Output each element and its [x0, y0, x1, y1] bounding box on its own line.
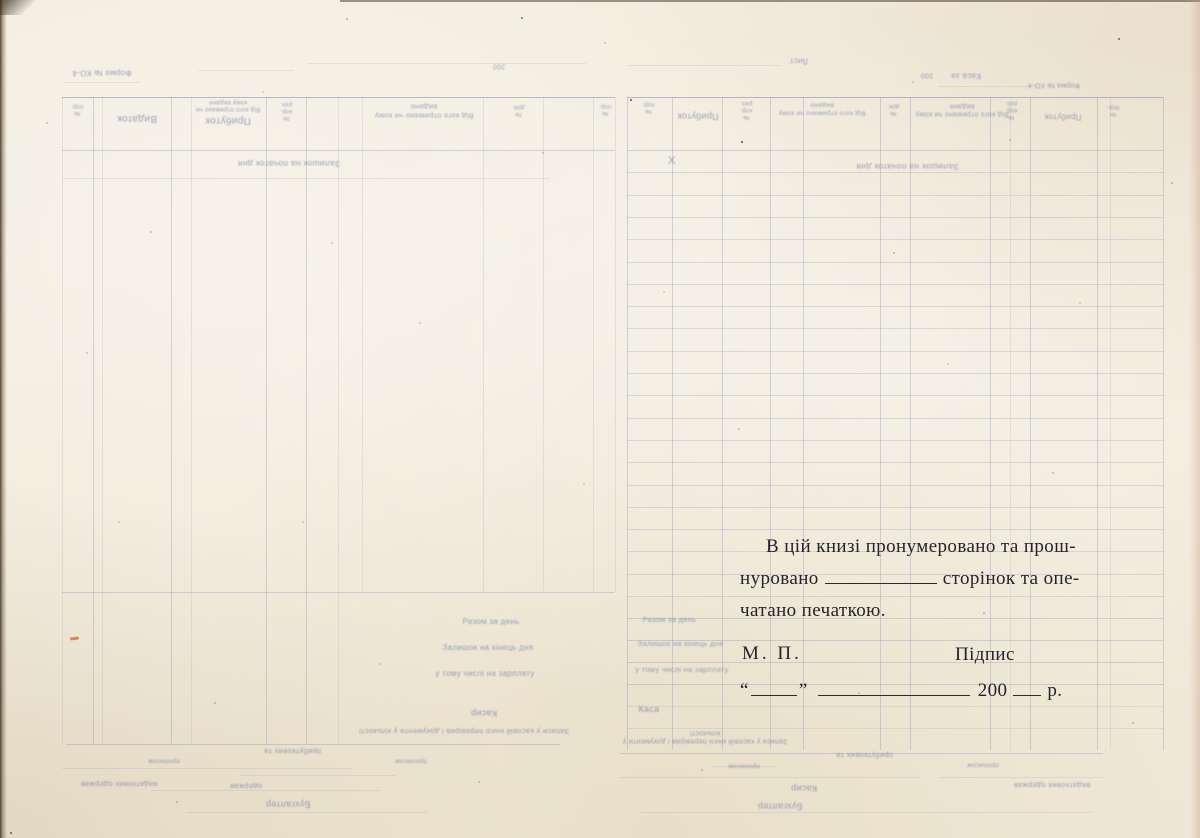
ghost-prybutkovykh-ta: прибуткових та: [250, 746, 335, 755]
month-blank: [818, 680, 970, 696]
ghost-razom-za-den: Разом за день: [632, 616, 707, 625]
ghost-no-kor-rakh: № кор. рах.: [994, 99, 1028, 120]
ghost-vid-koho: Від кого отримано чи кому видано: [368, 102, 480, 120]
grid-line: [627, 507, 1163, 508]
grid-line: [593, 97, 594, 592]
grid-line: [191, 97, 192, 744]
grid-line: [627, 97, 628, 750]
ghost-rik: 200: [486, 61, 512, 69]
ghost-zalyshok-kinets: Залишок на кінець дня: [438, 643, 538, 652]
ghost-propysom: прописом: [713, 762, 775, 770]
scan-top-edge-shadow: [340, 0, 1200, 2]
ghost-kasyr: Касир: [460, 708, 508, 719]
grid-line: [627, 306, 1163, 307]
grid-line: [640, 812, 1092, 813]
ghost-zalyshok-kinets: Залишок на кінець дня: [628, 640, 733, 649]
ghost-prybutkovykh-ta: прибуткових та: [822, 750, 907, 759]
ghost-forma: Форма № КО-4: [66, 68, 138, 77]
grid-line: [627, 462, 1163, 463]
scan-right-edge-shadow: [1189, 0, 1200, 838]
ghost-vid-koho: Від кого отримано чи кому видано: [188, 98, 268, 112]
ghost-zapysy: Записи у касовій книзі перевірив і докум…: [620, 728, 790, 745]
grid-line: [1110, 97, 1111, 750]
grid-line: [803, 97, 804, 750]
grid-line: [627, 706, 1163, 707]
pen-mark: [70, 636, 79, 640]
grid-line: [627, 172, 1163, 173]
grid-line: [627, 239, 1163, 240]
ghost-prybutok: Прибуток: [1032, 112, 1094, 121]
grid-line: [627, 662, 1163, 663]
grid-line: [627, 684, 1163, 685]
ghost-vydatok: Видаток: [104, 112, 170, 124]
grid-line: [627, 373, 1163, 374]
certification-text-block: В цій книзі пронумеровано та прош- нуров…: [0, 0, 1200, 838]
grid-line: [940, 777, 1103, 778]
grid-line: [627, 574, 1163, 575]
grid-line: [627, 217, 1163, 218]
ghost-no-por: № пор.: [594, 102, 616, 116]
grid-line: [66, 744, 560, 745]
ghost-rik: 200: [914, 70, 940, 78]
grid-line: [627, 195, 1163, 196]
grid-line: [1030, 97, 1031, 750]
ghost-vydatkovykh-oderzhav: видаткових одержав: [1002, 780, 1102, 789]
ghost-vid-koho: Від кого отримано чи кому видано: [768, 101, 876, 116]
ghost-u-tomu-chysli: у тому числі на зарплату: [430, 669, 540, 678]
grid-line: [338, 97, 339, 744]
grid-line: [62, 768, 352, 769]
grid-line: [1097, 97, 1098, 750]
ghost-no-kor-rakh: № кор. рах.: [272, 100, 300, 121]
grid-line: [990, 97, 991, 750]
grid-line: [306, 97, 307, 744]
grid-line: [483, 97, 484, 592]
grid-line: [627, 328, 1163, 329]
grid-line: [627, 529, 1163, 530]
ghost-x-mark: X: [664, 155, 680, 168]
grid-line: [627, 485, 1163, 486]
grid-line: [1010, 97, 1011, 750]
ghost-forma: Форма № КО-4: [1018, 80, 1090, 88]
ghost-bukhgalter: Бухгалтер: [252, 799, 324, 810]
ghost-no-kor-rakh: № кор. рах.: [726, 99, 766, 120]
ghost-zalyshok-pochatok: Залишок на початок дня: [223, 159, 355, 169]
grid-line: [627, 418, 1163, 419]
grid-line: [187, 812, 427, 813]
ghost-kasa-za: Каса за: [940, 71, 992, 80]
grid-line: [171, 97, 172, 744]
year-blank: [1013, 680, 1041, 696]
certification-line2-rest: сторінок та опе-: [943, 568, 1080, 589]
grid-line: [266, 97, 267, 744]
ghost-no-por: № пор.: [64, 102, 90, 116]
grid-line: [62, 97, 63, 744]
grid-line: [620, 777, 920, 778]
grid-line: [722, 97, 723, 750]
ghost-vydatkovykh-oderzhav: видаткових одержав: [58, 779, 180, 788]
ghost-razom-za-den: Разом за день: [452, 617, 530, 626]
ghost-no-dok: № док.: [878, 102, 908, 116]
grid-line: [615, 97, 616, 592]
grid-line: [627, 351, 1163, 352]
grid-line: [93, 97, 94, 744]
grid-line: [543, 97, 544, 592]
grid-line: [627, 596, 1163, 597]
grid-line: [627, 284, 1163, 285]
ghost-propysom: прописом: [380, 757, 442, 765]
ghost-prybutok: Прибуток: [186, 114, 270, 126]
ghost-no-dok: № док.: [500, 103, 536, 117]
grid-line: [198, 70, 294, 71]
grid-line: [770, 97, 771, 750]
grid-line: [362, 97, 363, 592]
grid-line: [627, 395, 1163, 396]
grid-line: [240, 775, 395, 776]
ghost-bukhgalter: Бухгалтер: [746, 801, 814, 812]
ghost-zapysy: Записи у касовій книзі перевірив і докум…: [330, 726, 598, 735]
grid-line: [627, 551, 1163, 552]
grid-line: [1163, 97, 1164, 750]
ghost-no-por: № пор.: [1100, 103, 1126, 117]
grid-line: [627, 262, 1163, 263]
grid-line: [102, 97, 103, 744]
grid-line: [627, 618, 1163, 619]
ghost-u-tomu-chysli: у тому числі на зарплату: [626, 666, 738, 675]
ghost-lyst: Лист: [781, 56, 817, 65]
ghost-propysom: прописом: [952, 761, 1014, 769]
grid-line: [64, 82, 140, 83]
grid-line: [910, 97, 911, 750]
certification-line2-word: нуровано: [740, 568, 819, 589]
grid-line: [672, 97, 673, 750]
grid-line: [627, 150, 1163, 151]
grid-line: [628, 65, 780, 66]
ghost-oderzhav: одержав: [222, 781, 270, 790]
ghost-kasyr: Касир: [778, 783, 830, 794]
scan-left-edge-shadow: [0, 0, 7, 838]
ghost-propysom: прописом: [133, 757, 195, 765]
grid-line: [308, 63, 586, 64]
grid-line: [627, 440, 1163, 441]
grid-line: [627, 97, 1163, 98]
ghost-zalyshok-pochatok: Залишок на початок дня: [840, 162, 975, 172]
day-blank: [751, 680, 797, 696]
scanned-cashbook-spread: Форма № КО-4200№ пор.ВидатокВід кого отр…: [0, 0, 1200, 838]
ghost-kasa: Каса: [629, 704, 669, 715]
paper-speckles: [0, 0, 2, 2]
grid-line: [150, 790, 380, 791]
grid-line: [880, 97, 881, 750]
